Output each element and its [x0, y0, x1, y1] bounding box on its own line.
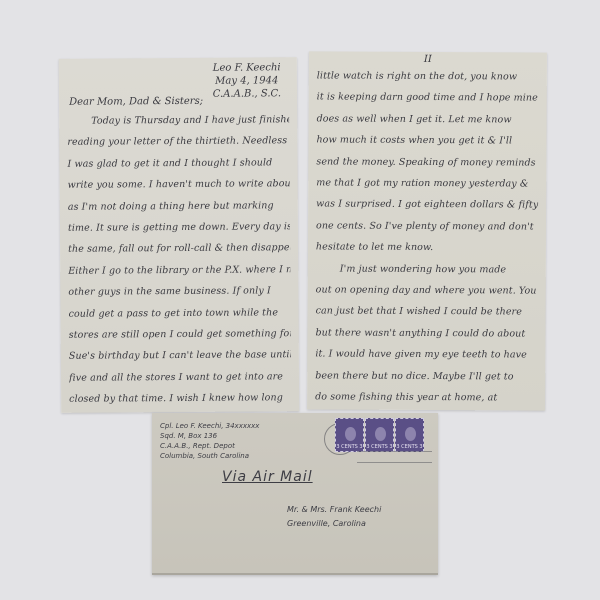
cancellation-lines — [357, 451, 432, 463]
handwritten-line: closed by that time. I wish I knew how l… — [69, 388, 291, 411]
handwritten-line: Either I go to the library or the P.X. w… — [68, 259, 290, 282]
letter-page-two: II little watch is right on the dot, you… — [307, 51, 547, 410]
postage-stamp-icon: 3 CENTS 3 — [335, 418, 364, 452]
handwritten-line: it is keeping darn good time and I hope … — [317, 87, 539, 110]
handwritten-line: reading your letter of the thirtieth. Ne… — [67, 131, 289, 154]
letter-page-one: Leo F. Keechi May 4, 1944 C.A.A.B., S.C.… — [59, 57, 299, 413]
return-address-line: C.A.A.B., Rept. Depot — [160, 441, 259, 451]
letter-date: May 4, 1944 — [213, 74, 281, 87]
handwritten-line: I'm just wondering how you made — [316, 258, 538, 281]
return-address-line: Columbia, South Carolina — [160, 451, 259, 461]
letter-place: C.A.A.B., S.C. — [213, 87, 281, 100]
handwritten-line: been there but no dice. Maybe I'll get t… — [315, 365, 537, 388]
handwritten-line: how much it costs when you get it & I'll — [316, 130, 538, 153]
handwritten-line: Sue's birthday but I can't leave the bas… — [69, 345, 291, 368]
page-number: II — [309, 53, 547, 65]
handwritten-line: one cents. So I've plenty of money and d… — [316, 215, 538, 238]
handwritten-line: but there wasn't anything I could do abo… — [315, 322, 537, 345]
handwritten-line: me that I got my ration money yesterday … — [316, 172, 538, 195]
handwritten-line: the same, fall out for roll-call & then … — [68, 238, 290, 261]
handwritten-line: could get a pass to get into town while … — [68, 302, 290, 325]
handwritten-line: other guys in the same business. If only… — [68, 280, 290, 303]
handwritten-line: does as well when I get it. Let me know — [317, 108, 539, 131]
addressee: Mr. & Mrs. Frank Keechi Greenville, Caro… — [287, 503, 381, 531]
addressee-line: Mr. & Mrs. Frank Keechi — [287, 503, 381, 517]
handwritten-line: I was glad to get it and I thought I sho… — [67, 152, 289, 175]
addressee-line: Greenville, Carolina — [287, 517, 381, 531]
handwritten-line: little watch is right on the dot, you kn… — [317, 65, 539, 88]
letter-greeting: Dear Mom, Dad & Sisters; — [69, 96, 203, 108]
return-address: Cpl. Leo F. Keechi, 34xxxxxx Sqd. M, Box… — [160, 421, 259, 461]
letter-body-page-one: Today is Thursday and I have just finish… — [67, 109, 292, 413]
letter-body-page-two: little watch is right on the dot, you kn… — [315, 65, 539, 410]
sender-name: Leo F. Keechi — [212, 61, 280, 74]
handwritten-line: it. I would have given my eye teeth to h… — [315, 344, 537, 367]
letter-heading: Leo F. Keechi May 4, 1944 C.A.A.B., S.C. — [212, 61, 281, 100]
airmail-label: Via Air Mail — [222, 469, 313, 485]
handwritten-line: do some fishing this year at home, at — [315, 387, 537, 410]
handwritten-line: hesitate to let me know. — [316, 237, 538, 260]
handwritten-line: stores are still open I could get someth… — [69, 323, 291, 346]
postage-stamp-icon: 3 CENTS 3 — [395, 418, 424, 452]
handwritten-line: was I surprised. I got eighteen dollars … — [316, 194, 538, 217]
handwritten-line: send the money. Speaking of money remind… — [316, 151, 538, 174]
return-address-line: Sqd. M, Box 136 — [160, 431, 259, 441]
handwritten-line: write you some. I haven't much to write … — [68, 173, 290, 196]
handwritten-line: out on opening day and where you went. Y… — [316, 279, 538, 302]
stamp-strip: 3 CENTS 3 3 CENTS 3 3 CENTS 3 — [335, 418, 424, 452]
handwritten-line: time. It sure is getting me down. Every … — [68, 216, 290, 239]
handwritten-line: as I'm not doing a thing here but markin… — [68, 195, 290, 218]
return-address-line: Cpl. Leo F. Keechi, 34xxxxxx — [160, 421, 259, 431]
handwritten-line: Today is Thursday and I have just finish… — [67, 109, 289, 132]
postage-stamp-icon: 3 CENTS 3 — [365, 418, 394, 452]
handwritten-line: can just bet that I wished I could be th… — [316, 301, 538, 324]
handwritten-line: five and all the stores I want to get in… — [69, 366, 291, 389]
envelope: Cpl. Leo F. Keechi, 34xxxxxx Sqd. M, Box… — [152, 413, 438, 575]
